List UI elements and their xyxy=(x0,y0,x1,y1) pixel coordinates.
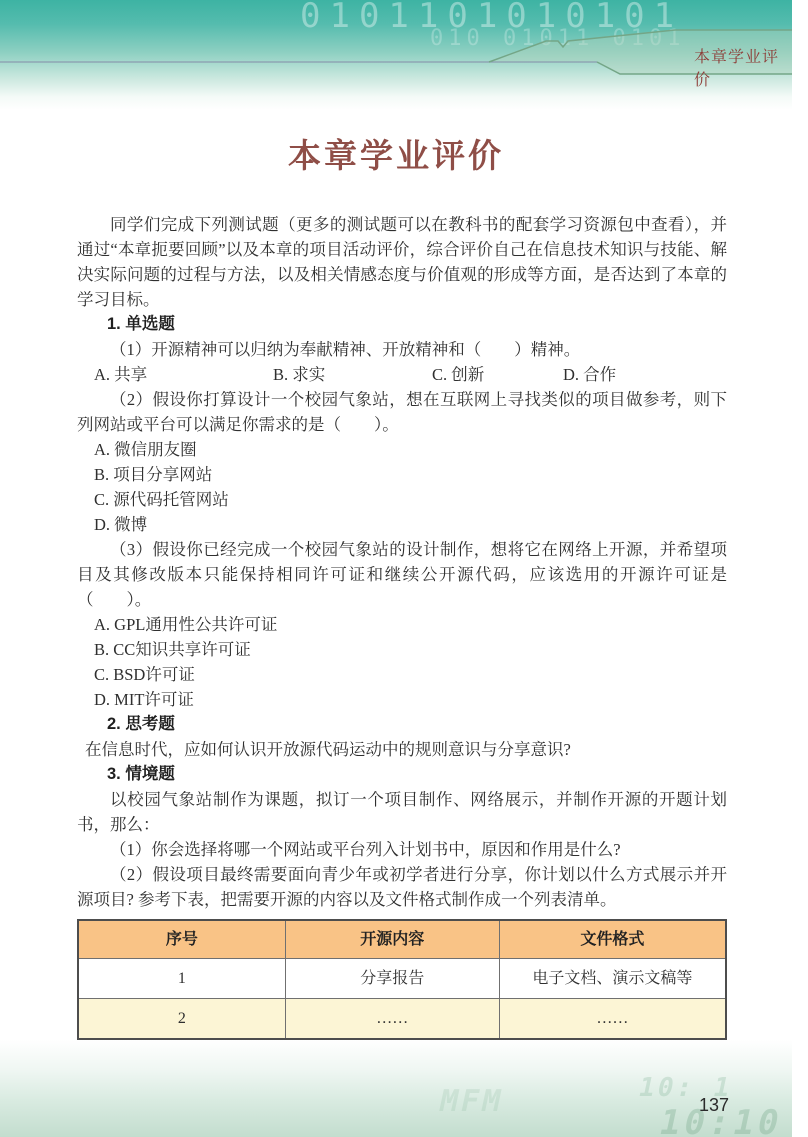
page-number: 137 xyxy=(699,1095,729,1116)
option-b: B. CC知识共享许可证 xyxy=(77,637,727,662)
option-c: C. BSD许可证 xyxy=(77,662,727,687)
question-1-text: （1）开源精神可以归纳为奉献精神、开放精神和（ ）精神。 xyxy=(77,337,727,362)
table-row: 2 …… …… xyxy=(78,999,726,1040)
intro-paragraph: 同学们完成下列测试题（更多的测试题可以在教科书的配套学习资源包中查看），并通过“… xyxy=(77,212,727,312)
content-area: 同学们完成下列测试题（更多的测试题可以在教科书的配套学习资源包中查看），并通过“… xyxy=(77,212,727,1040)
question-2-options: A. 微信朋友圈 B. 项目分享网站 C. 源代码托管网站 D. 微博 xyxy=(77,437,727,537)
thinking-question-text: 在信息时代，应如何认识开放源代码运动中的规则意识与分享意识? xyxy=(77,737,727,762)
question-3-text: （3）假设你已经完成一个校园气象站的设计制作，想将它在网络上开源，并希望项目及其… xyxy=(77,537,727,612)
table-header-row: 序号 开源内容 文件格式 xyxy=(78,920,726,959)
option-d: D. 合作 xyxy=(563,365,616,384)
option-a: A. 微信朋友圈 xyxy=(77,437,727,462)
option-b: B. 项目分享网站 xyxy=(77,462,727,487)
table-row: 1 分享报告 电子文档、演示文稿等 xyxy=(78,959,726,999)
footer: 10:10 10: 1 MFM 137 xyxy=(0,1040,792,1137)
section-heading-single-choice: 1. 单选题 xyxy=(77,312,727,337)
option-d: D. MIT许可证 xyxy=(77,687,727,712)
open-source-checklist-table: 序号 开源内容 文件格式 1 分享报告 电子文档、演示文稿等 2 …… …… xyxy=(77,919,727,1040)
question-1-options: A. 共享B. 求实C. 创新D. 合作 xyxy=(77,362,727,387)
textbook-page: 0101101010101 010 01011 0101 本章学业评价 本章学业… xyxy=(0,0,808,1137)
option-c: C. 源代码托管网站 xyxy=(77,487,727,512)
binary-pattern-decoration: MFM xyxy=(436,1084,507,1119)
cell-format: 电子文档、演示文稿等 xyxy=(499,959,726,999)
scenario-question-2: （2）假设项目最终需要面向青少年或初学者进行分享，你计划以什么方式展示并开源项目… xyxy=(77,862,727,912)
cell-content: …… xyxy=(285,999,499,1040)
scenario-question-1: （1）你会选择将哪一个网站或平台列入计划书中，原因和作用是什么? xyxy=(77,837,727,862)
section-heading-thinking: 2. 思考题 xyxy=(77,712,727,737)
question-2-text: （2）假设你打算设计一个校园气象站，想在互联网上寻找类似的项目做参考，则下列网站… xyxy=(77,387,727,437)
cell-content: 分享报告 xyxy=(285,959,499,999)
cell-format: …… xyxy=(499,999,726,1040)
header-tab-shape xyxy=(0,0,792,110)
option-b: B. 求实 xyxy=(273,362,432,387)
option-d: D. 微博 xyxy=(77,512,727,537)
section-heading-scenario: 3. 情境题 xyxy=(77,762,727,787)
option-a: A. 共享 xyxy=(94,362,273,387)
question-3-options: A. GPL通用性公共许可证 B. CC知识共享许可证 C. BSD许可证 D.… xyxy=(77,612,727,712)
option-a: A. GPL通用性公共许可证 xyxy=(77,612,727,637)
cell-index: 2 xyxy=(78,999,285,1040)
option-c: C. 创新 xyxy=(432,362,563,387)
col-header-format: 文件格式 xyxy=(499,920,726,959)
scenario-intro: 以校园气象站制作为课题，拟订一个项目制作、网络展示，并制作开源的开题计划书，那么… xyxy=(77,787,727,837)
header-tab-label: 本章学业评价 xyxy=(694,44,792,90)
header-banner: 0101101010101 010 01011 0101 本章学业评价 xyxy=(0,0,792,110)
cell-index: 1 xyxy=(78,959,285,999)
page-title: 本章学业评价 xyxy=(0,130,792,177)
col-header-index: 序号 xyxy=(78,920,285,959)
col-header-content: 开源内容 xyxy=(285,920,499,959)
